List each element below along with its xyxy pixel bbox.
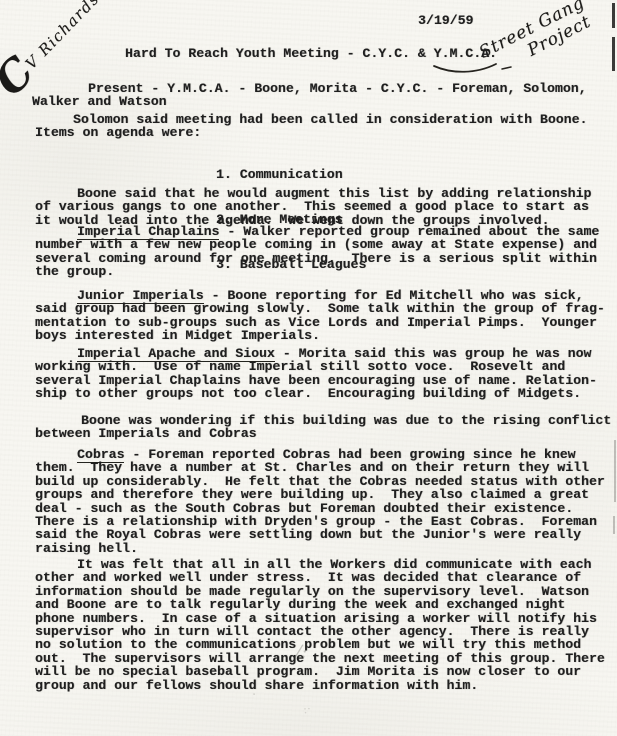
- scan-edge-mark: [614, 440, 616, 502]
- agenda-item-1: 1. Communication: [216, 167, 366, 182]
- pencil-smudge: :·: [302, 702, 312, 717]
- section-imperial-chaplains: Imperial Chaplains - Walker reported gro…: [35, 225, 599, 279]
- scan-edge-mark: [612, 37, 615, 71]
- scan-edge-mark: [613, 516, 615, 534]
- pencil-smudge: .: [252, 684, 256, 699]
- handwritten-underline: [430, 61, 518, 77]
- scanned-document-page: CV Richards Street GangProject 3/19/59 H…: [0, 0, 617, 736]
- boone-augment-paragraph: Boone said that he would augment this li…: [35, 187, 591, 227]
- document-date: 3/19/59: [418, 14, 473, 27]
- section-imperial-apache-sioux: Imperial Apache and Sioux - Morita said …: [35, 347, 597, 401]
- boone-wondering-paragraph: Boone was wondering if this building was…: [35, 414, 611, 441]
- closing-paragraph: It was felt that all in all the Workers …: [35, 558, 605, 692]
- title-ymca: Y.M.C.A.: [434, 46, 497, 61]
- scan-edge-mark: [612, 3, 615, 28]
- section-body: - Foreman reported Cobras had been growi…: [35, 447, 605, 556]
- section-junior-imperials: Junior Imperials - Boone reporting for E…: [35, 289, 605, 343]
- agenda-intro-paragraph: Solomon said meeting had been called in …: [35, 113, 587, 140]
- title-text: Hard To Reach Youth Meeting - C.Y.C. &: [125, 46, 434, 61]
- handwritten-name-rest: V Richards: [22, 0, 103, 73]
- attendees-paragraph: Present - Y.M.C.A. - Boone, Morita - C.Y…: [32, 82, 587, 109]
- document-title: Hard To Reach Youth Meeting - C.Y.C. & Y…: [125, 47, 497, 60]
- section-cobras: Cobras - Foreman reported Cobras had bee…: [35, 448, 605, 555]
